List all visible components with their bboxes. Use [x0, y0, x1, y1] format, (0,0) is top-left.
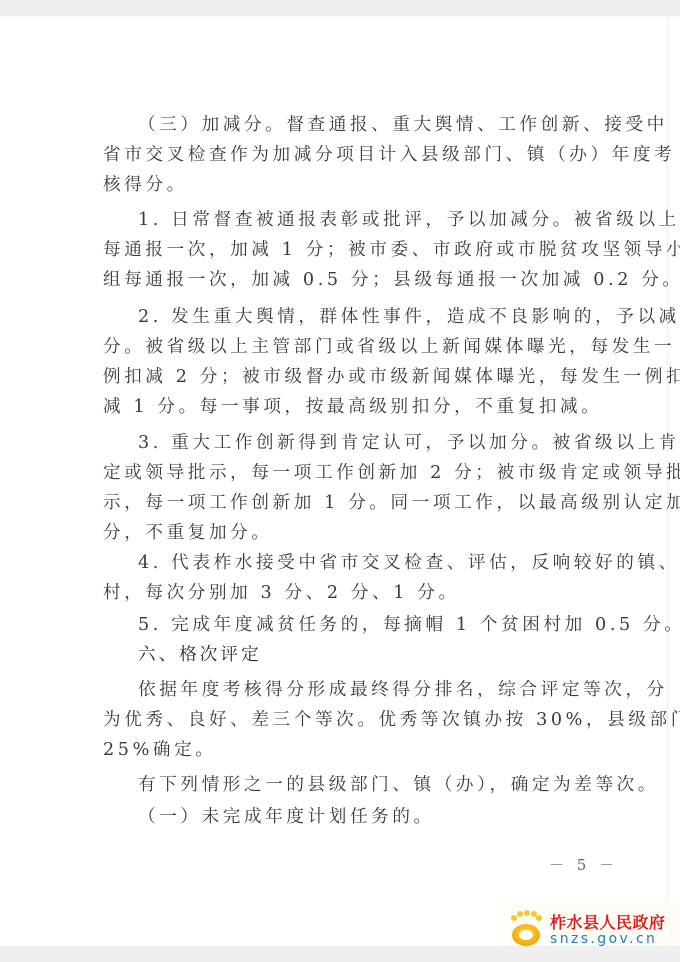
text-line: 4. 代表柞水接受中省市交叉检查、评估，反响较好的镇、: [138, 548, 603, 578]
bottom-margin-strip: [0, 946, 680, 962]
text-line: 每通报一次，加减 1 分；被市委、市政府或市脱贫攻坚领导小: [103, 235, 603, 265]
text-line: 25%确定。: [103, 735, 603, 765]
text-line: 组每通报一次，加减 0.5 分；县级每通报一次加减 0.2 分。: [103, 265, 603, 295]
watermark-url[interactable]: snzs.gov.cn: [550, 931, 657, 947]
text-line: 村，每次分别加 3 分、2 分、1 分。: [103, 578, 603, 608]
text-line: 省市交叉检查作为加减分项目计入县级部门、镇（办）年度考: [103, 140, 603, 170]
watermark-title: 柞水县人民政府: [550, 910, 666, 933]
text-line: 5. 完成年度减贫任务的，每摘帽 1 个贫困村加 0.5 分。: [138, 610, 603, 640]
section-heading: 六、格次评定: [138, 640, 603, 670]
text-line: 为优秀、良好、差三个等次。优秀等次镇办按 30%，县级部门按: [103, 705, 603, 735]
top-margin-strip: [0, 0, 680, 17]
text-line: 核得分。: [103, 170, 603, 200]
text-line: 例扣减 2 分；被市级督办或市级新闻媒体曝光，每发生一例扣: [103, 362, 603, 392]
paw-sun-logo-icon: [508, 908, 544, 948]
page-number: － 5 －: [549, 854, 618, 875]
text-line: 3. 重大工作创新得到肯定认可，予以加分。被省级以上肯: [138, 428, 603, 458]
text-line: 分，不重复加分。: [103, 518, 603, 548]
text-line: 分。被省级以上主管部门或省级以上新闻媒体曝光，每发生一: [103, 332, 603, 362]
text-line: （三）加减分。督查通报、重大舆情、工作创新、接受中: [138, 110, 603, 140]
text-line: （一）未完成年度计划任务的。: [138, 802, 603, 832]
text-line: 1. 日常督查被通报表彰或批评，予以加减分。被省级以上: [138, 205, 603, 235]
text-line: 减 1 分。每一事项，按最高级别扣分，不重复扣减。: [103, 392, 603, 422]
text-line: 有下列情形之一的县级部门、镇（办），确定为差等次。: [138, 770, 603, 800]
text-line: 示，每一项工作创新加 1 分。同一项工作，以最高级别认定加: [103, 488, 603, 518]
text-line: 2. 发生重大舆情，群体性事件，造成不良影响的，予以减: [138, 302, 603, 332]
text-line: 定或领导批示，每一项工作创新加 2 分；被市级肯定或领导批: [103, 458, 603, 488]
text-line: 依据年度考核得分形成最终得分排名，综合评定等次，分: [138, 675, 603, 705]
